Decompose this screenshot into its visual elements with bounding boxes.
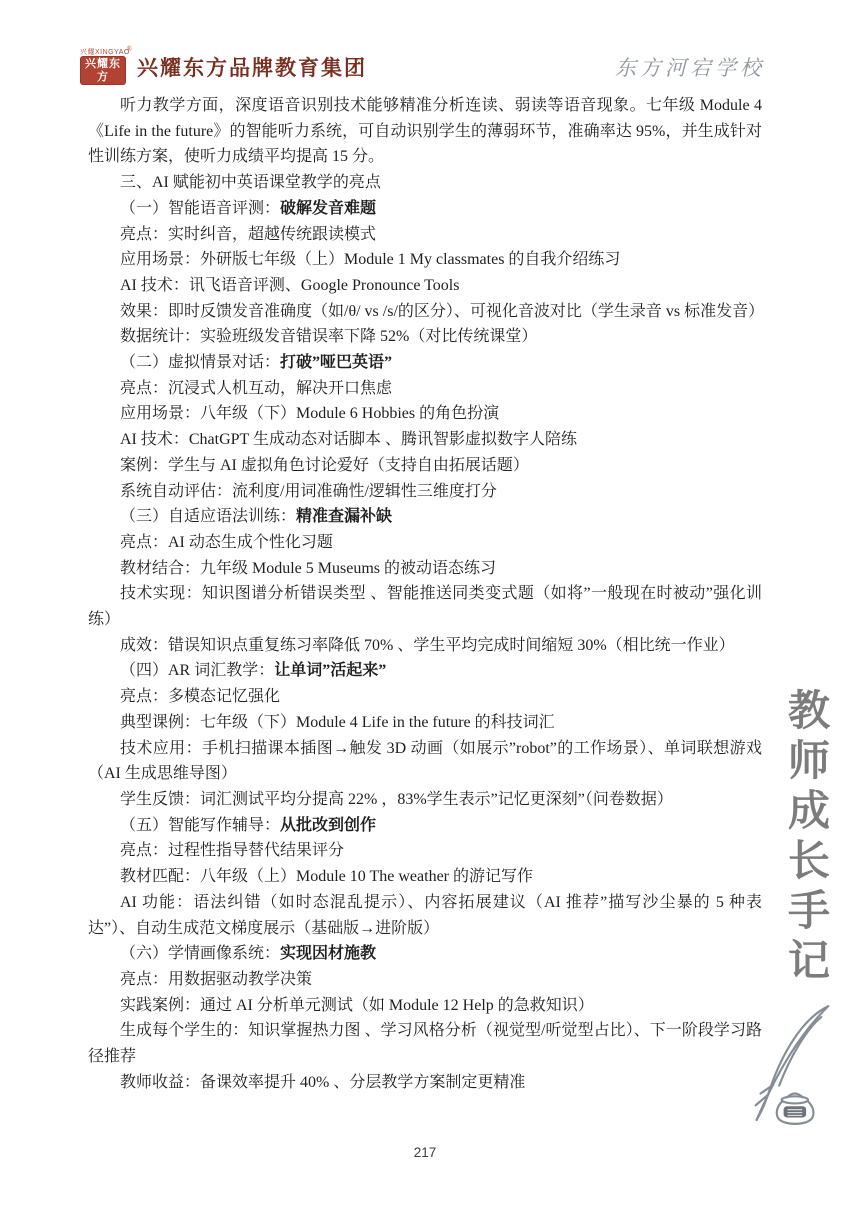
paragraph: 教材匹配：八年级（上）Module 10 The weather 的游记写作 (88, 864, 762, 890)
paragraph: 系统自动评估：流利度/用词准确性/逻辑性三维度打分 (88, 479, 762, 505)
body-text-run: 系统自动评估：流利度/用词准确性/逻辑性三维度打分 (120, 483, 497, 500)
body-text-run: 学生反馈：词汇测试平均分提高 22% ，83%学生表示”记忆更深刻”（问卷数据） (120, 791, 673, 808)
paragraph: 典型课例：七年级（下）Module 4 Life in the future 的… (88, 710, 762, 736)
body-text-run: （二）虚拟情景对话： (120, 354, 280, 371)
paragraph: （三）自适应语法训练：精准查漏补缺 (88, 504, 762, 530)
paragraph: 教师收益：备课效率提升 40% 、分层教学方案制定更精准 (88, 1070, 762, 1096)
body-text-run: 数据统计：实验班级发音错误率下降 52%（对比传统课堂） (120, 328, 537, 345)
paragraph: 数据统计：实验班级发音错误率下降 52%（对比传统课堂） (88, 324, 762, 350)
body-text-run: （四）AR 词汇教学： (120, 662, 274, 679)
brand-block: 兴耀XINGYAO ® 兴耀东方 兴耀东方品牌教育集团 (80, 47, 367, 87)
body-text-run: （三）自适应语法训练： (120, 508, 296, 525)
body-text-run: 亮点：沉浸式人机互动，解决开口焦虑 (120, 380, 392, 397)
body-text-run: 应用场景：八年级（下）Module 6 Hobbies 的角色扮演 (120, 405, 499, 422)
paragraph: AI 技术：ChatGPT 生成动态对话脚本 、腾讯智影虚拟数字人陪练 (88, 427, 762, 453)
heading-emphasis-text: 打破”哑巴英语” (280, 354, 392, 371)
paragraph: 学生反馈：词汇测试平均分提高 22% ，83%学生表示”记忆更深刻”（问卷数据） (88, 787, 762, 813)
body-text-run: （一）智能语音评测： (120, 200, 280, 217)
body-text-run: 亮点：过程性指导替代结果评分 (120, 842, 344, 859)
brand-title: 兴耀东方品牌教育集团 (137, 52, 367, 82)
paragraph: （一）智能语音评测：破解发音难题 (88, 196, 762, 222)
body-text-run: 应用场景：外研版七年级（上）Module 1 My classmates 的自我… (120, 251, 620, 268)
paragraph: 实践案例：通过 AI 分析单元测试（如 Module 12 Help 的急救知识… (88, 993, 762, 1019)
paragraph: 技术应用：手机扫描课本插图→触发 3D 动画（如展示”robot”的工作场景）、… (88, 736, 762, 787)
body-text-run: 听力教学方面，深度语音识别技术能够精准分析连读、弱读等语音现象。七年级 Modu… (88, 97, 762, 165)
paragraph: 成效：错误知识点重复练习率降低 70% 、学生平均完成时间缩短 30%（相比统一… (88, 633, 762, 659)
body-text-run: 教材结合：九年级 Module 5 Museums 的被动语态练习 (120, 560, 496, 577)
document-body: 听力教学方面，深度语音识别技术能够精准分析连读、弱读等语音现象。七年级 Modu… (88, 93, 762, 1095)
body-text-run: 教材匹配：八年级（上）Module 10 The weather 的游记写作 (120, 868, 533, 885)
brand-logo: 兴耀XINGYAO ® 兴耀东方 (80, 47, 130, 87)
page-number: 217 (0, 1145, 850, 1160)
body-text-run: （六）学情画像系统： (120, 945, 280, 962)
seal-icon: 兴耀东方 (80, 56, 126, 85)
paragraph: （五）智能写作辅导：从批改到创作 (88, 813, 762, 839)
paragraph: 技术实现：知识图谱分析错误类型 、智能推送同类变式题（如将”一般现在时被动”强化… (88, 581, 762, 632)
body-text-run: 三、AI 赋能初中英语课堂教学的亮点 (120, 174, 381, 191)
body-text-run: 案例：学生与 AI 虚拟角色讨论爱好（支持自由拓展话题） (120, 457, 529, 474)
paragraph: 亮点：实时纠音，超越传统跟读模式 (88, 222, 762, 248)
paragraph: （四）AR 词汇教学：让单词”活起来” (88, 658, 762, 684)
body-text-run: 亮点：AI 动态生成个性化习题 (120, 534, 333, 551)
paragraph: 教材结合：九年级 Module 5 Museums 的被动语态练习 (88, 556, 762, 582)
body-text-run: 亮点：用数据驱动教学决策 (120, 971, 312, 988)
body-text-run: （五）智能写作辅导： (120, 817, 280, 834)
paragraph: 应用场景：八年级（下）Module 6 Hobbies 的角色扮演 (88, 401, 762, 427)
body-text-run: 效果：即时反馈发音准确度（如/θ/ vs /s/的区分）、可视化音波对比（学生录… (120, 303, 764, 320)
paragraph: AI 技术：讯飞语音评测、Google Pronounce Tools (88, 273, 762, 299)
watermark-calligraphy: 教师成长手记 (776, 688, 836, 988)
heading-emphasis-text: 让单词”活起来” (274, 662, 386, 679)
body-text-run: 技术应用：手机扫描课本插图→触发 3D 动画（如展示”robot”的工作场景）、… (88, 740, 762, 783)
body-text-run: 典型课例：七年级（下）Module 4 Life in the future 的… (120, 714, 555, 731)
body-text-run: 技术实现：知识图谱分析错误类型 、智能推送同类变式题（如将”一般现在时被动”强化… (88, 585, 762, 628)
paragraph: 生成每个学生的：知识掌握热力图 、学习风格分析（视觉型/听觉型占比）、下一阶段学… (88, 1018, 762, 1069)
heading-emphasis-text: 从批改到创作 (280, 817, 376, 834)
heading-emphasis-text: 实现因材施教 (280, 945, 376, 962)
paragraph: 亮点：沉浸式人机互动，解决开口焦虑 (88, 376, 762, 402)
heading-emphasis-text: 精准查漏补缺 (296, 508, 392, 525)
paragraph: （六）学情画像系统：实现因材施教 (88, 941, 762, 967)
page-header: 兴耀XINGYAO ® 兴耀东方 兴耀东方品牌教育集团 东方河宕学校 (80, 46, 765, 88)
paragraph: 效果：即时反馈发音准确度（如/θ/ vs /s/的区分）、可视化音波对比（学生录… (88, 299, 762, 325)
paragraph: 应用场景：外研版七年级（上）Module 1 My classmates 的自我… (88, 247, 762, 273)
body-text-run: AI 功能：语法纠错（如时态混乱提示）、内容拓展建议（AI 推荐”描写沙尘暴的 … (88, 894, 762, 937)
body-text-run: AI 技术：ChatGPT 生成动态对话脚本 、腾讯智影虚拟数字人陪练 (120, 431, 577, 448)
paragraph: 亮点：多模态记忆强化 (88, 684, 762, 710)
paragraph: 亮点：用数据驱动教学决策 (88, 967, 762, 993)
paragraph: 亮点：AI 动态生成个性化习题 (88, 530, 762, 556)
body-text-run: 亮点：多模态记忆强化 (120, 688, 280, 705)
body-text-run: 实践案例：通过 AI 分析单元测试（如 Module 12 Help 的急救知识… (120, 997, 594, 1014)
body-text-run: AI 技术：讯飞语音评测、Google Pronounce Tools (120, 277, 459, 294)
paragraph: 听力教学方面，深度语音识别技术能够精准分析连读、弱读等语音现象。七年级 Modu… (88, 93, 762, 170)
body-text-run: 成效：错误知识点重复练习率降低 70% 、学生平均完成时间缩短 30%（相比统一… (120, 637, 735, 654)
body-text-run: 亮点：实时纠音，超越传统跟读模式 (120, 226, 376, 243)
paragraph: （二）虚拟情景对话：打破”哑巴英语” (88, 350, 762, 376)
paragraph: 亮点：过程性指导替代结果评分 (88, 838, 762, 864)
quill-ink-icon (739, 1000, 837, 1138)
paragraph: AI 功能：语法纠错（如时态混乱提示）、内容拓展建议（AI 推荐”描写沙尘暴的 … (88, 890, 762, 941)
school-name: 东方河宕学校 (615, 52, 765, 82)
document-page: 兴耀XINGYAO ® 兴耀东方 兴耀东方品牌教育集团 东方河宕学校 听力教学方… (0, 0, 850, 1205)
body-text-run: 教师收益：备课效率提升 40% 、分层教学方案制定更精准 (120, 1074, 525, 1091)
paragraph: 案例：学生与 AI 虚拟角色讨论爱好（支持自由拓展话题） (88, 453, 762, 479)
registered-mark-icon: ® (127, 45, 132, 53)
body-text-run: 生成每个学生的：知识掌握热力图 、学习风格分析（视觉型/听觉型占比）、下一阶段学… (88, 1022, 762, 1065)
paragraph: 三、AI 赋能初中英语课堂教学的亮点 (88, 170, 762, 196)
heading-emphasis-text: 破解发音难题 (280, 200, 376, 217)
